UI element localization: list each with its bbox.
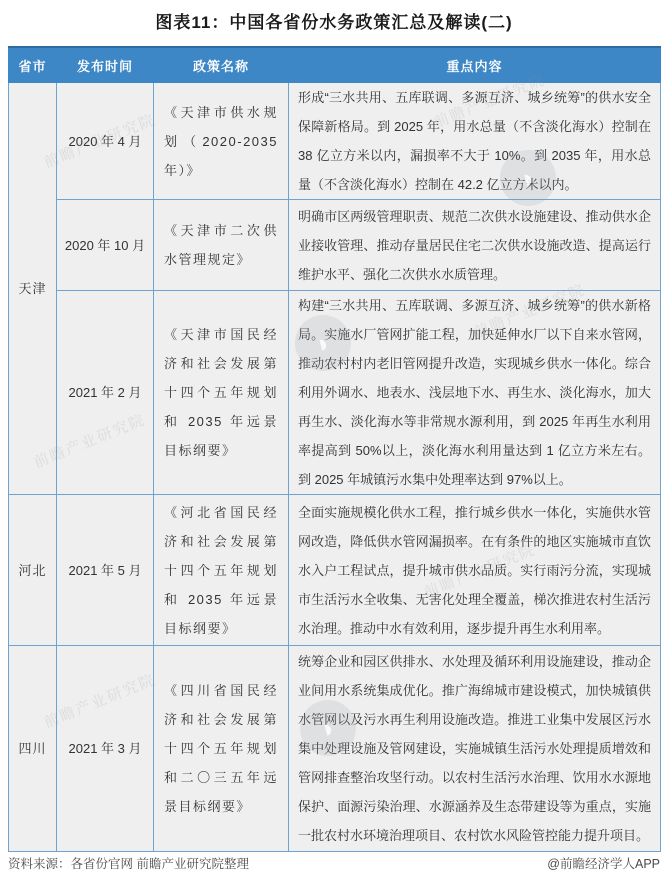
province-cell-tianjin: 天津 [9,83,57,495]
source-note: 资料来源：各省份官网 前瞻产业研究院整理 [8,854,249,872]
col-header-province: 省市 [9,47,57,83]
table-row: 天津 2020 年 4 月 《天津市供水规划（2020-2035 年）》 形成“… [9,83,661,200]
policy-name-cell: 《天津市二次供水管理规定》 [154,200,289,291]
content-cell: 明确市区两级管理职责、规范二次供水设施建设、推动供水企业接收管理、推动存量居民住… [289,200,661,291]
page-title: 图表11：中国各省份水务政策汇总及解读(二) [0,8,668,33]
policy-name-cell: 《天津市国民经济和社会发展第十四个五年规划和 2035 年远景目标纲要》 [154,291,289,495]
date-cell: 2020 年 4 月 [57,83,154,200]
date-cell: 2021 年 2 月 [57,291,154,495]
header-row: 省市 发布时间 政策名称 重点内容 [9,47,661,83]
content-cell: 形成“三水共用、五库联调、多源互济、城乡统筹”的供水安全保障新格局。到 2025… [289,83,661,200]
policy-name-cell: 《四川省国民经济和社会发展第十四个五年规划和二〇三五年远景目标纲要》 [154,646,289,852]
content-cell: 全面实施规模化供水工程，推行城乡供水一体化，实施供水管网改造，降低供水管网漏损率… [289,495,661,646]
col-header-date: 发布时间 [57,47,154,83]
footer: 资料来源：各省份官网 前瞻产业研究院整理 @前瞻经济学人APP [8,854,660,872]
policy-table: 省市 发布时间 政策名称 重点内容 天津 2020 年 4 月 《天津市供水规划… [8,46,661,852]
content-cell: 统筹企业和园区供排水、水处理及循环利用设施建设，推动企业间用水系统集成优化。推广… [289,646,661,852]
province-cell-sichuan: 四川 [9,646,57,852]
table-row: 2020 年 10 月 《天津市二次供水管理规定》 明确市区两级管理职责、规范二… [9,200,661,291]
policy-name-cell: 《河北省国民经济和社会发展第十四个五年规划和 2035 年远景目标纲要》 [154,495,289,646]
brand-credit: @前瞻经济学人APP [547,854,660,872]
date-cell: 2020 年 10 月 [57,200,154,291]
policy-name-cell: 《天津市供水规划（2020-2035 年）》 [154,83,289,200]
table-row: 四川 2021 年 3 月 《四川省国民经济和社会发展第十四个五年规划和二〇三五… [9,646,661,852]
date-cell: 2021 年 5 月 [57,495,154,646]
table-row: 河北 2021 年 5 月 《河北省国民经济和社会发展第十四个五年规划和 203… [9,495,661,646]
col-header-policy: 政策名称 [154,47,289,83]
col-header-content: 重点内容 [289,47,661,83]
content-cell: 构建“三水共用、五库联调、多源互济、城乡统筹”的供水新格局。实施水厂管网扩能工程… [289,291,661,495]
province-cell-hebei: 河北 [9,495,57,646]
date-cell: 2021 年 3 月 [57,646,154,852]
table-row: 2021 年 2 月 《天津市国民经济和社会发展第十四个五年规划和 2035 年… [9,291,661,495]
